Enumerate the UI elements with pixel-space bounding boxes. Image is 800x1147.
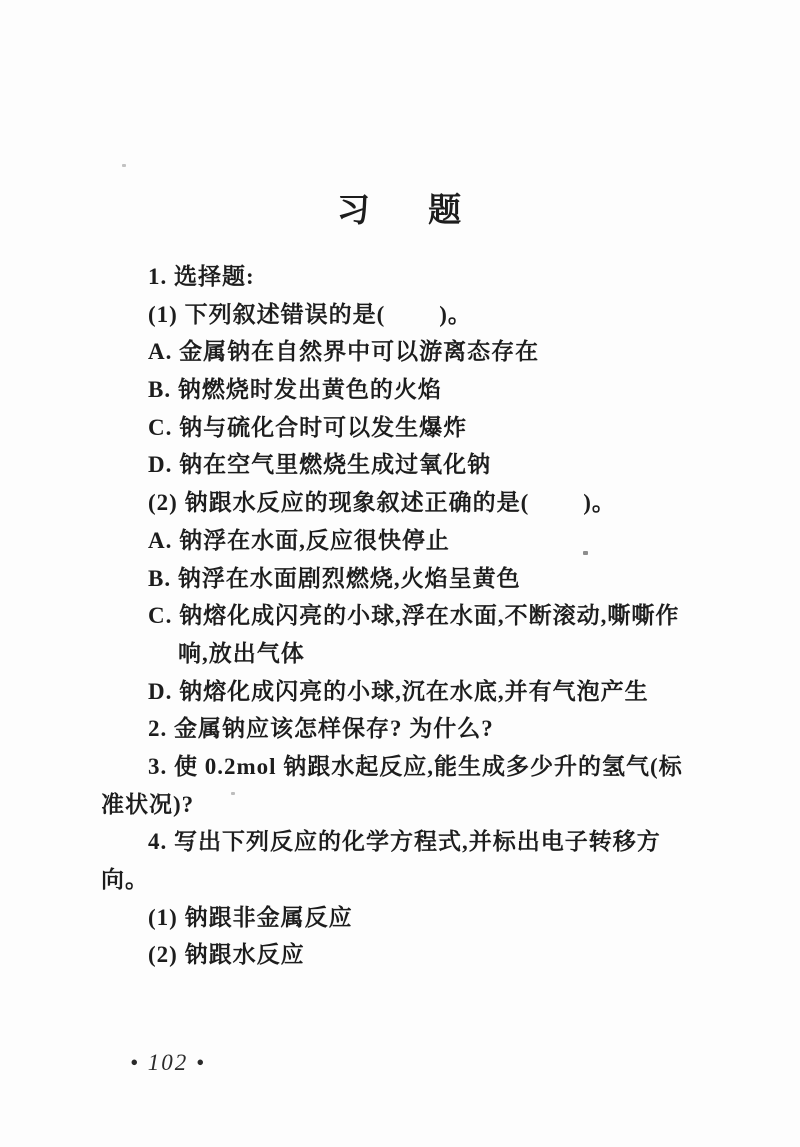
q1-sub1-option-a: A. 金属钠在自然界中可以游离态存在 xyxy=(0,333,800,371)
page-title: 习 题 xyxy=(0,184,800,231)
q1-sub2-stem: (2) 钠跟水反应的现象叙述正确的是( )。 xyxy=(0,484,800,522)
q4-sub1: (1) 钠跟非金属反应 xyxy=(0,899,800,937)
page-number: • 102 • xyxy=(130,1050,206,1076)
scan-speck xyxy=(122,164,126,167)
q1-heading: 1. 选择题: xyxy=(0,258,800,296)
q3-text: 3. 使 0.2mol 钠跟水起反应,能生成多少升的氢气(标 xyxy=(0,748,800,786)
q4-text: 4. 写出下列反应的化学方程式,并标出电子转移方 xyxy=(0,823,800,861)
q2-text: 2. 金属钠应该怎样保存? 为什么? xyxy=(0,710,800,748)
q4-text-cont: 向。 xyxy=(0,861,800,899)
q1-sub2-option-b: B. 钠浮在水面剧烈燃烧,火焰呈黄色 xyxy=(0,560,800,598)
q3-text-cont: 准状况)? xyxy=(0,786,800,824)
q1-sub2-option-c-cont: 响,放出气体 xyxy=(0,635,800,673)
q1-sub1-option-c: C. 钠与硫化合时可以发生爆炸 xyxy=(0,409,800,447)
exercise-body: 1. 选择题: (1) 下列叙述错误的是( )。 A. 金属钠在自然界中可以游离… xyxy=(0,258,800,974)
textbook-page: 习 题 1. 选择题: (1) 下列叙述错误的是( )。 A. 金属钠在自然界中… xyxy=(0,0,800,1147)
q1-sub1-option-b: B. 钠燃烧时发出黄色的火焰 xyxy=(0,371,800,409)
q1-sub1-stem: (1) 下列叙述错误的是( )。 xyxy=(0,296,800,334)
q1-sub2-option-a: A. 钠浮在水面,反应很快停止 xyxy=(0,522,800,560)
q1-sub2-option-c: C. 钠熔化成闪亮的小球,浮在水面,不断滚动,嘶嘶作 xyxy=(0,597,800,635)
q4-sub2: (2) 钠跟水反应 xyxy=(0,936,800,974)
q1-sub1-option-d: D. 钠在空气里燃烧生成过氧化钠 xyxy=(0,446,800,484)
q1-sub2-option-d: D. 钠熔化成闪亮的小球,沉在水底,并有气泡产生 xyxy=(0,673,800,711)
